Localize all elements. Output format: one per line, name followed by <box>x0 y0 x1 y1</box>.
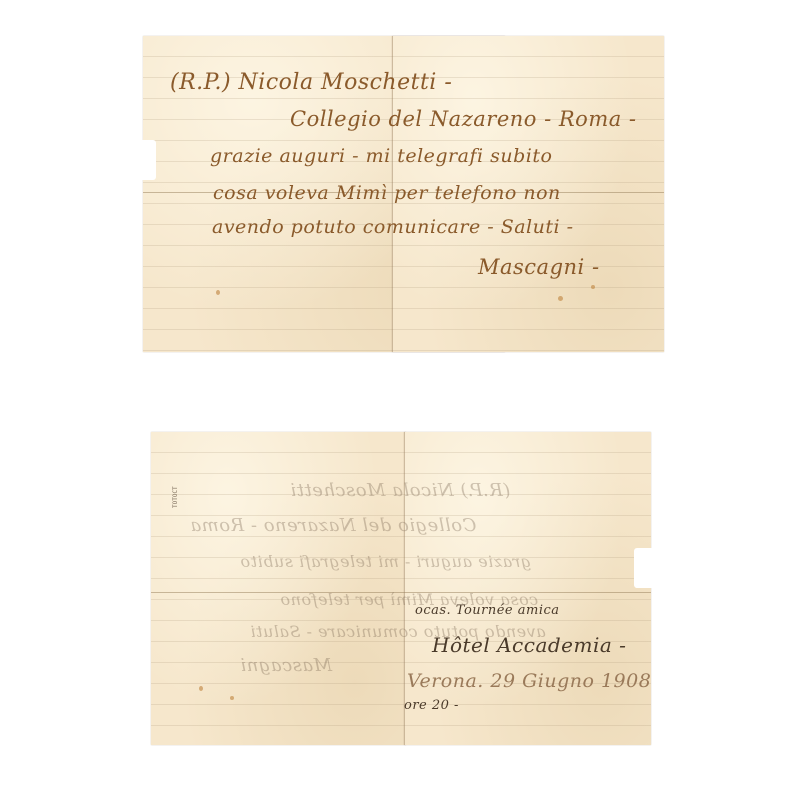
back-line-time: ore 20 - <box>404 698 459 713</box>
front-signature: Mascagni - <box>478 255 600 279</box>
back-paper-stamp: TOTOCT <box>172 486 179 508</box>
back-stain <box>199 686 203 691</box>
back-stain <box>230 696 234 700</box>
back-torn-notch <box>634 548 656 588</box>
back-bleedthrough-line: Mascagni <box>240 655 332 676</box>
back-line-hotel: Hôtel Accademia - <box>432 633 626 657</box>
back-line-place-date: Verona. 29 Giugno 1908 <box>407 670 651 692</box>
front-line-address: Collegio del Nazareno - Roma - <box>290 107 637 131</box>
front-torn-notch <box>136 140 156 180</box>
back-bleedthrough-line: (R.P.) Nicola Moschetti <box>290 480 510 501</box>
front-stain <box>216 290 220 295</box>
front-line-message-3: avendo potuto comunicare - Saluti - <box>212 216 574 238</box>
front-line-recipient: (R.P.) Nicola Moschetti - <box>170 70 452 95</box>
front-line-message-2: cosa voleva Mimì per telefono non <box>213 182 561 204</box>
front-stain <box>591 285 595 289</box>
back-line-note: ocas. Tournée amica <box>415 603 560 618</box>
front-stain <box>558 296 563 301</box>
back-bleedthrough-line: grazie auguri - mi telegrafi subito <box>240 552 531 571</box>
letter-back-left-panel <box>151 432 406 745</box>
back-bleedthrough-line: Collegio del Nazareno - Roma <box>190 515 476 536</box>
front-line-message-1: grazie auguri - mi telegrafi subito <box>210 145 552 167</box>
